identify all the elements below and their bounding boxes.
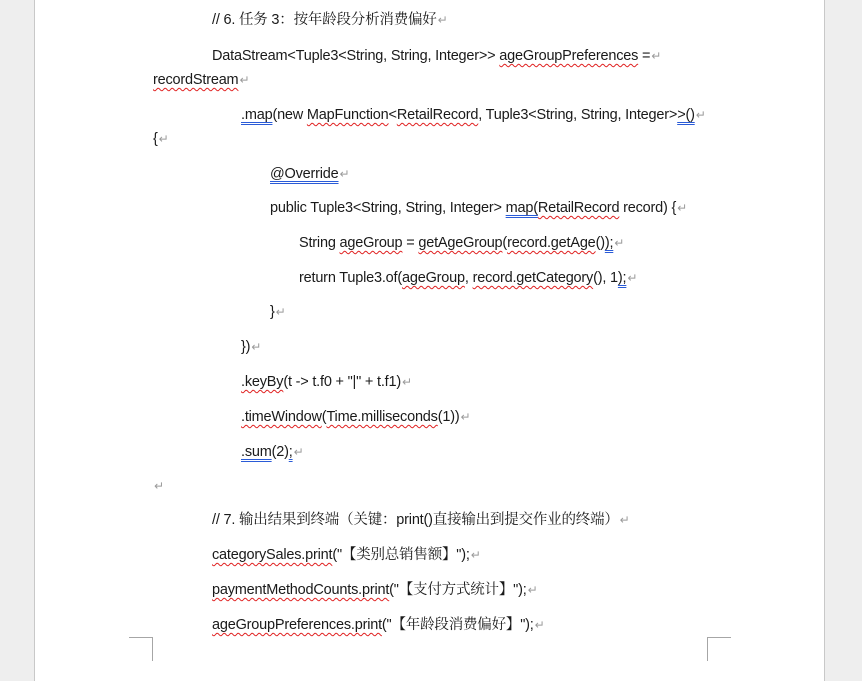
paragraph-mark-icon: ↵: [438, 13, 448, 27]
spellcheck-flagged-text: getAgeGroup: [418, 235, 502, 251]
spellcheck-flagged-text: record.getCategory: [473, 270, 594, 286]
code-text: DataStream<Tuple3<String, String, Intege…: [212, 48, 499, 64]
code-text: , Tuple3<String, String, Integer>: [478, 107, 677, 123]
empty-paragraph[interactable]: ↵: [153, 477, 164, 495]
code-text: (2): [272, 444, 289, 460]
code-line[interactable]: return Tuple3.of(ageGroup, record.getCat…: [299, 269, 637, 287]
spellcheck-flagged-text: RetailRecord: [538, 200, 619, 216]
code-text: ("【类别总销售额】");: [332, 547, 469, 563]
code-text: (new: [272, 107, 306, 123]
spellcheck-flagged-text: ageGroup: [340, 235, 403, 251]
document-page[interactable]: [34, 0, 825, 681]
code-line[interactable]: {↵: [153, 130, 169, 148]
spellcheck-flagged-text: record.getAge: [507, 235, 596, 251]
code-text: ("【支付方式统计】");: [389, 582, 526, 598]
paragraph-mark-icon: ↵: [294, 445, 304, 459]
paragraph-mark-icon: ↵: [159, 132, 169, 146]
spellcheck-flagged-text: recordStream: [153, 72, 238, 88]
code-text: String: [299, 235, 340, 251]
spellcheck-flagged-text: MapFunction: [307, 107, 389, 123]
paragraph-mark-icon: ↵: [677, 201, 687, 215]
paragraph-mark-icon: ↵: [696, 108, 706, 122]
code-text: ("【年龄段消费偏好】");: [382, 617, 534, 633]
paragraph-mark-icon: ↵: [471, 548, 481, 562]
spellcheck-flagged-text: ageGroup: [402, 270, 465, 286]
code-line[interactable]: public Tuple3<String, String, Integer> m…: [270, 199, 687, 217]
spellcheck-flagged-text: Time.milliseconds: [326, 409, 437, 425]
code-text: =: [402, 235, 418, 251]
grammar-flagged-text: @Override: [270, 166, 339, 182]
code-line[interactable]: }↵: [270, 303, 286, 321]
code-line[interactable]: categorySales.print("【类别总销售额】");↵: [212, 546, 481, 564]
code-text: public Tuple3<String, String, Integer>: [270, 200, 506, 216]
code-line[interactable]: // 7. 输出结果到终端（关键：print()直接输出到提交作业的终端）↵: [212, 511, 630, 529]
spellcheck-flagged-text: ageGroupPreferences.print: [212, 617, 382, 633]
grammar-flagged-text: >(): [677, 107, 695, 123]
margin-corner-mark-right: [707, 637, 731, 661]
code-text: =: [638, 48, 650, 64]
paragraph-mark-icon: ↵: [461, 410, 471, 424]
code-text: }): [241, 339, 250, 355]
code-text: ,: [465, 270, 473, 286]
grammar-flagged-text: map(: [506, 200, 538, 216]
spellcheck-flagged-text: .keyBy: [241, 374, 283, 390]
grammar-flagged-text: .map: [241, 107, 272, 123]
spellcheck-flagged-text: categorySales.print: [212, 547, 332, 563]
code-text: {: [153, 131, 158, 147]
grammar-flagged-text: ;: [289, 444, 293, 460]
code-line[interactable]: .timeWindow(Time.milliseconds(1))↵: [241, 408, 470, 426]
code-line[interactable]: .map(new MapFunction<RetailRecord, Tuple…: [241, 106, 706, 124]
code-line[interactable]: .sum(2);↵: [241, 443, 303, 461]
code-line[interactable]: })↵: [241, 338, 261, 356]
code-text: (1)): [438, 409, 460, 425]
code-text: }: [270, 304, 275, 320]
code-text: <: [389, 107, 397, 123]
code-text: (t -> t.f0 + "|" + t.f1): [283, 374, 401, 390]
margin-corner-mark-left: [129, 637, 153, 661]
code-text: // 6. 任务 3：按年龄段分析消费偏好: [212, 12, 437, 28]
code-line[interactable]: .keyBy(t -> t.f0 + "|" + t.f1)↵: [241, 373, 412, 391]
code-text: return Tuple3.of(: [299, 270, 402, 286]
spellcheck-flagged-text: RetailRecord: [397, 107, 478, 123]
code-line[interactable]: String ageGroup = getAgeGroup(record.get…: [299, 234, 624, 252]
code-line[interactable]: @Override↵: [270, 165, 349, 183]
code-line[interactable]: recordStream↵: [153, 71, 249, 89]
grammar-flagged-text: );: [618, 270, 626, 286]
code-text: // 7. 输出结果到终端（关键：print()直接输出到提交作业的终端）: [212, 512, 619, 528]
paragraph-mark-icon: ↵: [340, 167, 350, 181]
paragraph-mark-icon: ↵: [528, 583, 538, 597]
paragraph-mark-icon: ↵: [154, 479, 164, 493]
code-text: (), 1: [593, 270, 618, 286]
spellcheck-flagged-text: paymentMethodCounts.print: [212, 582, 389, 598]
spellcheck-flagged-text: .timeWindow: [241, 409, 322, 425]
paragraph-mark-icon: ↵: [239, 73, 249, 87]
spellcheck-flagged-text: ageGroupPreferences: [499, 48, 638, 64]
code-text: (): [596, 235, 605, 251]
code-text: record) {: [619, 200, 676, 216]
grammar-flagged-text: );: [605, 235, 613, 251]
code-line[interactable]: // 6. 任务 3：按年龄段分析消费偏好↵: [212, 11, 447, 29]
paragraph-mark-icon: ↵: [651, 49, 661, 63]
paragraph-mark-icon: ↵: [627, 271, 637, 285]
paragraph-mark-icon: ↵: [620, 513, 630, 527]
paragraph-mark-icon: ↵: [614, 236, 624, 250]
grammar-flagged-text: .sum: [241, 444, 272, 460]
code-line[interactable]: ageGroupPreferences.print("【年龄段消费偏好】");↵: [212, 616, 544, 634]
code-line[interactable]: DataStream<Tuple3<String, String, Intege…: [212, 47, 661, 65]
paragraph-mark-icon: ↵: [535, 618, 545, 632]
paragraph-mark-icon: ↵: [276, 305, 286, 319]
paragraph-mark-icon: ↵: [402, 375, 412, 389]
code-line[interactable]: paymentMethodCounts.print("【支付方式统计】");↵: [212, 581, 537, 599]
paragraph-mark-icon: ↵: [251, 340, 261, 354]
